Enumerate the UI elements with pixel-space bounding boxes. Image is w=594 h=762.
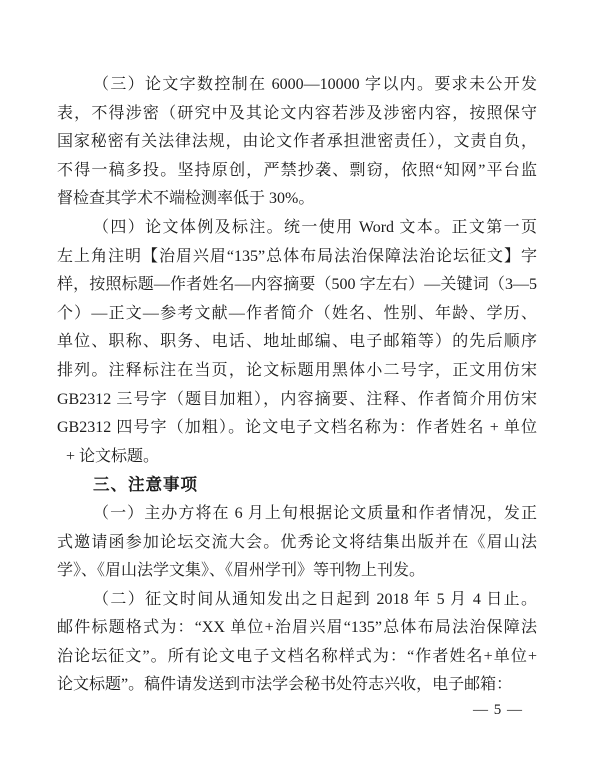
text-line: 督检查其学术不端检测率低于 30%。 — [57, 185, 537, 214]
text-line: + 论文标题。 — [57, 443, 537, 472]
document-page: （三）论文字数控制在 6000—10000 字以内。要求未公开发表，不得涉密（研… — [0, 0, 594, 762]
text-line: 单位、职称、职务、电话、地址邮编、电子邮箱等）的先后顺序 — [57, 328, 537, 357]
text-line: 论文标题”。稿件请发送到市法学会秘书处符志兴收，电子邮箱： — [57, 671, 537, 700]
text-line: （四）论文体例及标注。统一使用 Word 文本。正文第一页 — [57, 214, 537, 243]
text-line: GB2312 四号字（加粗）。论文电子文档名称为：作者姓名 + 单位 — [57, 414, 537, 443]
text-line: 邮件标题格式为：“XX 单位+治眉兴眉“135”总体布局法治保障法 — [57, 614, 537, 643]
text-line: 式邀请函参加论坛交流大会。优秀论文将结集出版并在《眉山法 — [57, 529, 537, 558]
text-line: GB2312 三号字（题目加粗），内容摘要、注释、作者简介用仿宋 — [57, 386, 537, 415]
text-line: 排列。注释标注在当页，论文标题用黑体小二号字，正文用仿宋 — [57, 357, 537, 386]
text-line: 表，不得涉密（研究中及其论文内容若涉及涉密内容，按照保守 — [57, 100, 537, 129]
text-line: 国家秘密有关法律法规，由论文作者承担泄密责任），文责自负， — [57, 128, 537, 157]
text-line: 左上角注明【治眉兴眉“135”总体布局法治保障法治论坛征文】字 — [57, 243, 537, 272]
text-line: （二）征文时间从通知发出之日起到 2018 年 5 月 4 日止。 — [57, 586, 537, 615]
text-line: 个）—正文—参考文献—作者简介（姓名、性别、年龄、学历、 — [57, 300, 537, 329]
text-line: 不得一稿多投。坚持原创，严禁抄袭、剽窃，依照“知网”平台监 — [57, 157, 537, 186]
text-line: 学》、《眉山法学文集》、《眉州学刊》等刊物上刊发。 — [57, 557, 537, 586]
text-line: 样，按照标题—作者姓名—内容摘要（500 字左右）—关键词（3—5 — [57, 271, 537, 300]
text-line: （一）主办方将在 6 月上旬根据论文质量和作者情况，发正 — [57, 500, 537, 529]
text-line: （三）论文字数控制在 6000—10000 字以内。要求未公开发 — [57, 71, 537, 100]
section-heading: 三、注意事项 — [57, 471, 537, 500]
page-number: — 5 — — [473, 700, 523, 720]
text-line: 治论坛征文”。所有论文电子文档名称样式为：“作者姓名+单位+ — [57, 643, 537, 672]
document-text-block: （三）论文字数控制在 6000—10000 字以内。要求未公开发表，不得涉密（研… — [57, 71, 537, 700]
